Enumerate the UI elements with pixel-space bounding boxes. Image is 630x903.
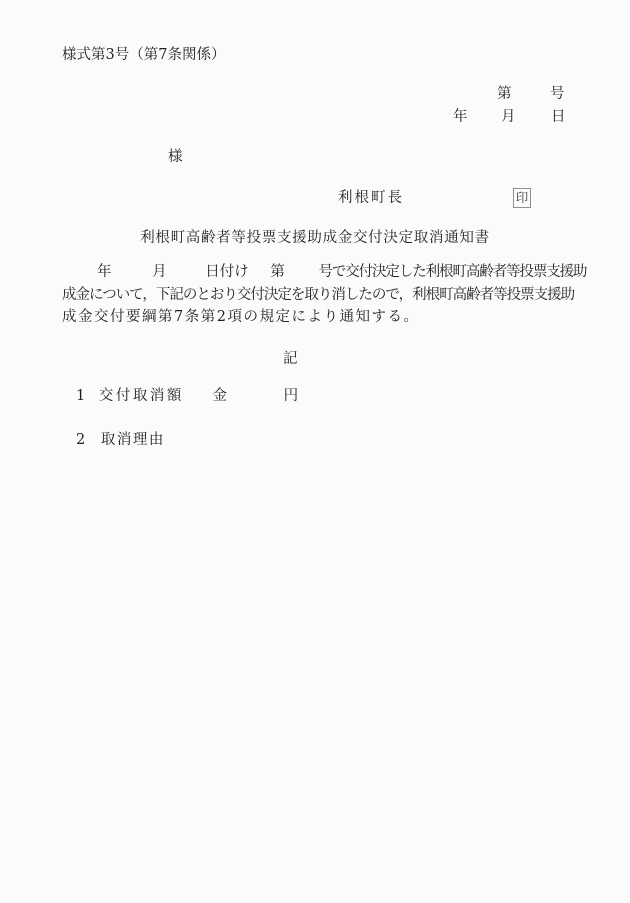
sender-title: 利根町長 bbox=[338, 189, 404, 208]
date-month-label: 月 bbox=[501, 108, 516, 127]
list-item-cancel-reason: 2 取消理由 bbox=[62, 431, 165, 450]
body-month-blank: 月 bbox=[152, 263, 167, 282]
body-line-2: 成金について，下記のとおり交付決定を取り消したので，利根町高齢者等投票支援助 bbox=[62, 286, 574, 309]
body-day-blank: 日付け bbox=[205, 263, 249, 282]
doc-number-suffix: 号 bbox=[550, 85, 565, 104]
item-1-label: 交付取消額 bbox=[99, 387, 184, 406]
ki-marker: 記 bbox=[283, 350, 298, 369]
item-2-number: 2 bbox=[76, 431, 85, 450]
date-year-label: 年 bbox=[453, 108, 468, 127]
date-day-label: 日 bbox=[551, 108, 566, 127]
document-title: 利根町高齢者等投票支援助成金交付決定取消通知書 bbox=[0, 229, 630, 248]
item-1-number: 1 bbox=[76, 387, 85, 406]
list-item-cancelled-amount: 1 交付取消額 金 円 bbox=[62, 387, 298, 406]
addressee-honorific: 様 bbox=[168, 148, 183, 167]
item-2-label: 取消理由 bbox=[101, 431, 165, 450]
amount-prefix: 金 bbox=[212, 387, 227, 406]
doc-number-prefix: 第 bbox=[497, 85, 512, 104]
body-line-1: 年 月 日付け 第 号で交付決定した利根町高齢者等投票支援助 bbox=[62, 263, 574, 286]
form-number: 様式第3号（第7条関係） bbox=[62, 46, 225, 65]
seal-placeholder-box: 印 bbox=[513, 188, 531, 208]
notice-document-page: 様式第3号（第7条関係） 第 号 年 月 日 様 利根町長 印 利根町高齢者等投… bbox=[0, 0, 630, 903]
seal-character: 印 bbox=[516, 192, 529, 205]
body-line1-text: 号で交付決定した利根町高齢者等投票支援助 bbox=[318, 263, 586, 282]
body-year-blank: 年 bbox=[97, 263, 112, 282]
amount-suffix: 円 bbox=[284, 387, 299, 406]
body-line-3: 成金交付要綱第7条第2項の規定により通知する。 bbox=[62, 308, 574, 331]
body-number-prefix: 第 bbox=[270, 263, 285, 282]
body-paragraph: 年 月 日付け 第 号で交付決定した利根町高齢者等投票支援助 成金について，下記… bbox=[62, 263, 574, 331]
